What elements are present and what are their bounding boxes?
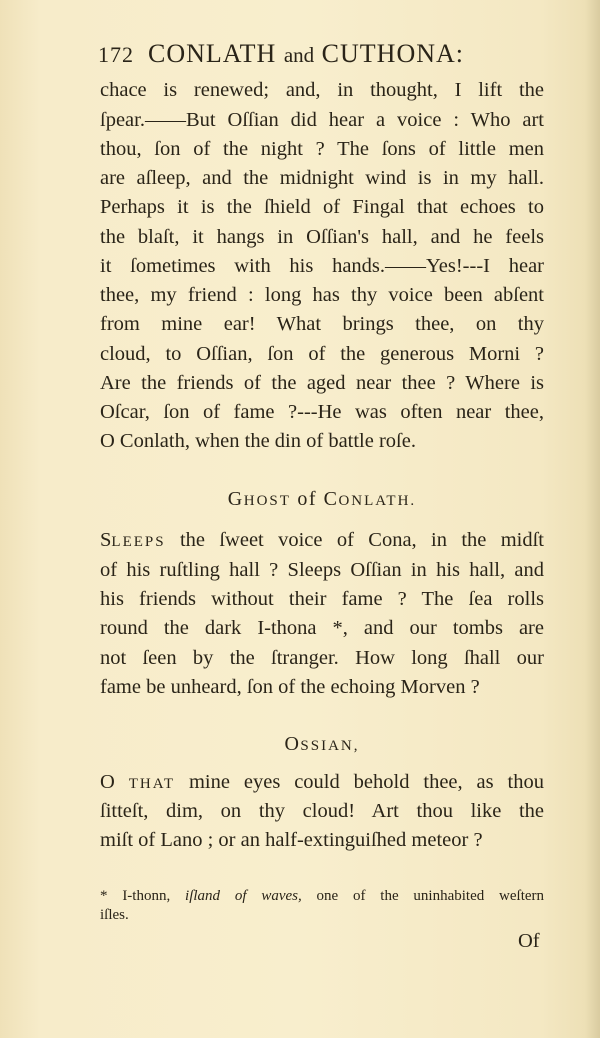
- body-line: thou, ſon of the night ? The ſons of lit…: [100, 139, 544, 160]
- body-line: Oſcar, ſon of fame ?---He was often near…: [100, 402, 544, 423]
- body-line: from mine ear! What brings thee, on thy: [100, 314, 544, 335]
- section1-line: his friends without their fame ? The ſea…: [100, 589, 544, 610]
- footnote-line2: iſles.: [100, 907, 544, 924]
- body-line: are aſleep, and the midnight wind is in …: [100, 168, 544, 189]
- header-title-part2: CUTHONA:: [322, 39, 464, 68]
- body-line: cloud, to Oſſian, ſon of the generous Mo…: [100, 344, 544, 365]
- running-header: 172CONLATH and CUTHONA:: [98, 39, 548, 69]
- body-line: chace is renewed; and, in thought, I lif…: [100, 80, 544, 101]
- header-title-part1: CONLATH: [148, 39, 276, 68]
- book-page: 172CONLATH and CUTHONA: chace is renewed…: [0, 0, 600, 1038]
- body-line: Perhaps it is the ſhield of Fingal that …: [100, 197, 544, 218]
- body-line: Are the friends of the aged near thee ? …: [100, 373, 544, 394]
- section1-line: round the dark I-thona *, and our tombs …: [100, 618, 544, 639]
- section1-line: not ſeen by the ſtranger. How long ſhall…: [100, 648, 544, 669]
- section2-line: miſt of Lano ; or an half-extinguiſhed m…: [100, 830, 544, 851]
- footnote-marker: *: [100, 888, 108, 904]
- footnote-term: I-thonn,: [122, 888, 170, 904]
- section1-line: of his ruſtling hall ? Sleeps Oſſian in …: [100, 560, 544, 581]
- body-line: the blaſt, it hangs in Oſſian's hall, an…: [100, 227, 544, 248]
- section2-line: ſitteſt, dim, on thy cloud! Art thou lik…: [100, 801, 544, 822]
- section1-line: fame be unheard, ſon of the echoing Morv…: [100, 677, 544, 698]
- section-heading-ghost-of-conlath: GHOST of CONLATH.: [100, 488, 544, 511]
- header-title-and: and: [284, 43, 314, 67]
- body-line: thee, my friend : long has thy voice bee…: [100, 285, 544, 306]
- page-number: 172: [98, 42, 134, 67]
- footnote-text: one of the uninhabited weſtern: [317, 888, 544, 904]
- footnote: * I-thonn, iſland of waves, one of the u…: [100, 888, 544, 905]
- section2-line: O THAT mine eyes could behold thee, as t…: [100, 772, 544, 793]
- body-line: O Conlath, when the din of battle roſe.: [100, 431, 544, 452]
- body-line: it ſometimes with his hands.——Yes!---I h…: [100, 256, 544, 277]
- section1-line: SLEEPS the ſweet voice of Cona, in the m…: [100, 530, 544, 551]
- footnote-gloss: iſland of waves,: [185, 888, 302, 904]
- section-heading-ossian: OSSIAN,: [100, 733, 544, 756]
- catchword: Of: [518, 930, 540, 953]
- body-line: ſpear.——But Oſſian did hear a voice : Wh…: [100, 110, 544, 131]
